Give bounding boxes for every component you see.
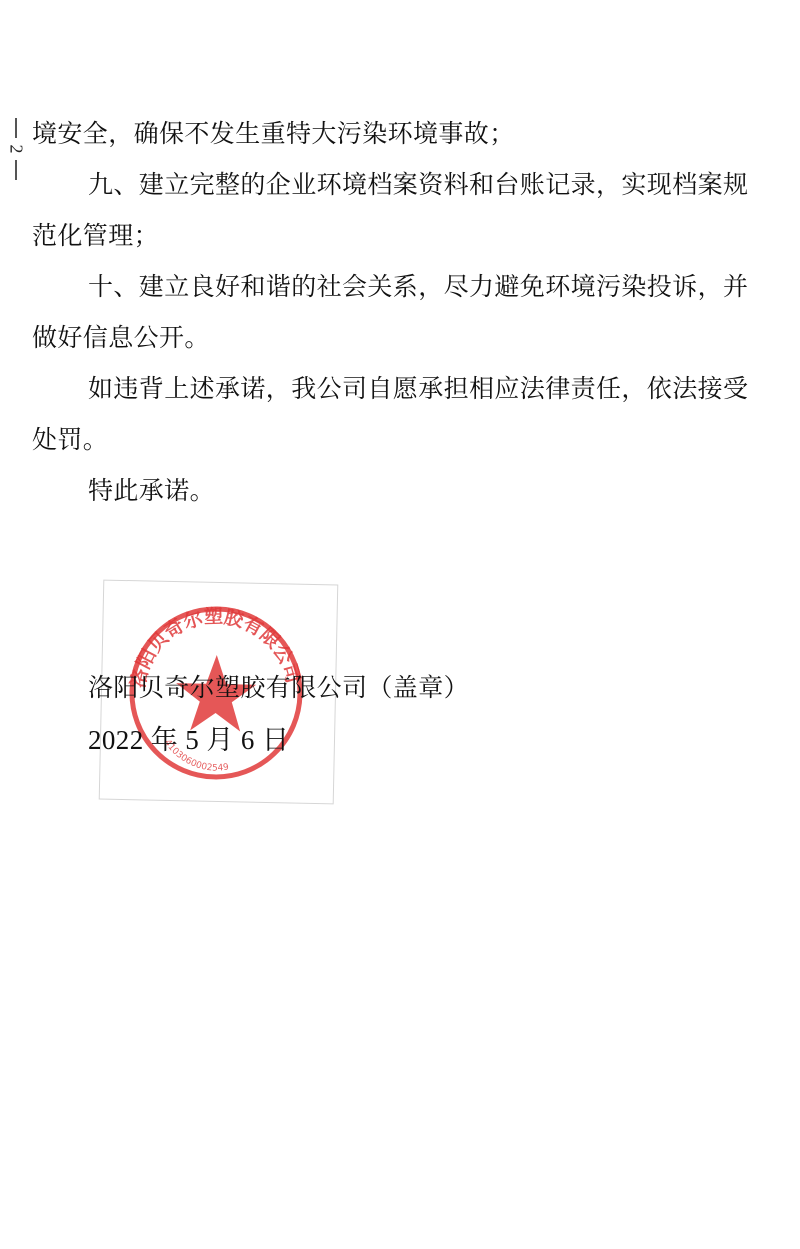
signature-date: 2022 年 5 月 6 日 bbox=[88, 720, 289, 760]
paragraph-item-10: 十、建立良好和谐的社会关系，尽力避免环境污染投诉，并 bbox=[88, 261, 748, 313]
page-number-rule-top bbox=[15, 118, 17, 138]
paragraph-liability: 如违背上述承诺，我公司自愿承担相应法律责任，依法接受 bbox=[88, 363, 748, 415]
paragraph-line: 范化管理； bbox=[32, 210, 159, 262]
paragraph-line: 做好信息公开。 bbox=[32, 312, 210, 364]
paragraph-closing: 特此承诺。 bbox=[88, 465, 215, 517]
page-number-rule-bottom bbox=[15, 160, 17, 180]
paragraph-item-9: 九、建立完整的企业环境档案资料和台账记录，实现档案规 bbox=[88, 159, 748, 211]
page-number-value: 2 bbox=[5, 145, 27, 154]
paragraph-line: 境安全，确保不发生重特大污染环境事故； bbox=[32, 108, 515, 160]
company-signature: 洛阳贝奇尔塑胶有限公司（盖章） bbox=[88, 668, 469, 708]
page-number: 2 bbox=[2, 118, 30, 182]
paragraph-line: 处罚。 bbox=[32, 414, 108, 466]
